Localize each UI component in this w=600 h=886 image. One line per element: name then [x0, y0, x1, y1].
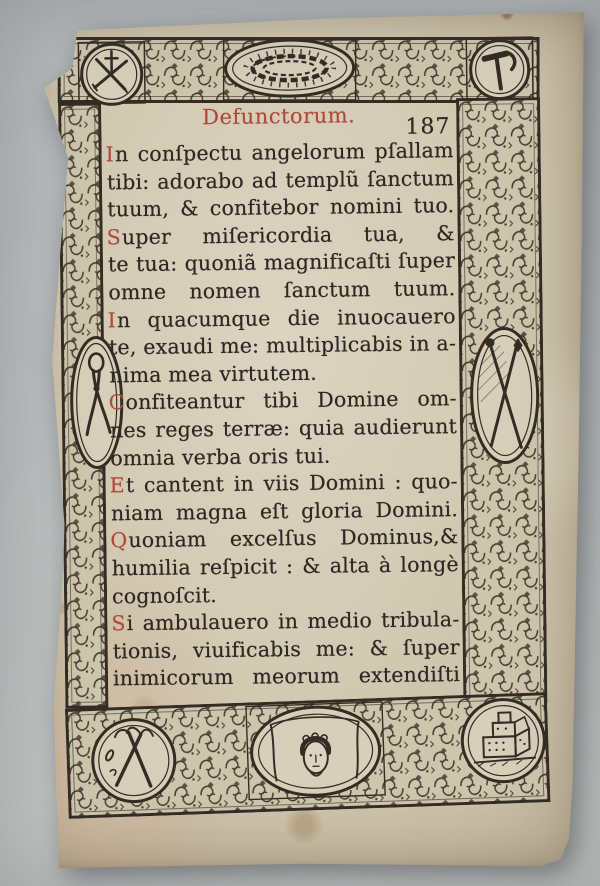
text-column: Defunctorum. 187 In conſpectu angelorum …	[101, 98, 463, 708]
crown-of-thorns-medallion	[219, 35, 360, 101]
text-line: In conſpectu angelorum pſallam	[106, 137, 454, 169]
text-line: tibi: adorabo ad templũ ſanctum	[106, 165, 454, 197]
text-line: tionis, viuificabis me: & ſuper irã	[112, 634, 460, 666]
woodcut-border-frame: Defunctorum. 187 In conſpectu angelorum …	[57, 31, 549, 819]
text-line: te, exaudi me: multiplicabis in a-	[108, 330, 456, 362]
line-text: uper miſericordia tua, & verita-	[107, 221, 455, 252]
line-text: omne nomen ſanctum tuum.	[108, 276, 455, 304]
line-text: omnia verba oris tui.	[110, 443, 330, 470]
line-text: humilia reſpicit : & alta à longè	[112, 552, 459, 580]
psalm-text: In conſpectu angelorum pſallam tibi: ado…	[106, 137, 461, 693]
text-line: Si ambulauero in medio tribula-	[111, 606, 459, 638]
text-line: Quoniam excelſus Dominus,&	[110, 523, 458, 555]
leaf-shadow: Defunctorum. 187 In conſpectu angelorum …	[0, 0, 600, 886]
text-line: omne nomen ſanctum tuum.	[107, 275, 455, 307]
bottom-border-strip	[65, 692, 551, 819]
crossed-nails-medallion	[76, 39, 147, 110]
line-text: onfiteantur tibi Domine om-	[125, 386, 456, 414]
rubric-initial: E	[110, 473, 126, 497]
line-text: tuum, & confitebor nomini tuo.	[107, 193, 454, 221]
text-line: humilia reſpicit : & alta à longè	[111, 551, 459, 583]
fortress-medallion	[457, 694, 550, 787]
hammer-medallion	[464, 34, 535, 105]
line-text: i ambulauero in medio tribula-	[127, 607, 460, 635]
line-text: t cantent in viis Domini : quo-	[126, 469, 458, 497]
veronica-veil-medallion	[246, 702, 385, 801]
page-number: 187	[405, 114, 450, 140]
line-text: n conſpectu angelorum pſallam	[115, 138, 454, 166]
rubric-initial: S	[107, 225, 123, 249]
line-text: cognoſcit.	[112, 583, 217, 608]
text-line: Super miſericordia tua, & verita-	[107, 220, 455, 252]
text-line: omnia verba oris tui.	[109, 441, 457, 473]
text-line: nima mea virtutem.	[108, 358, 456, 390]
text-line: Et cantent in viis Domini : quo-	[110, 468, 458, 500]
line-text: te, exaudi me: multiplicabis in a-	[109, 331, 456, 359]
text-line: te tua: quoniã magnificaſti ſuper	[107, 248, 455, 280]
scourges-medallion	[87, 712, 180, 809]
line-text: nes reges terræ: quia audierunt	[110, 414, 457, 442]
manuscript-leaf: Defunctorum. 187 In conſpectu angelorum …	[24, 8, 586, 868]
text-line: Confiteantur tibi Domine om-	[109, 385, 457, 417]
rubric-initial: S	[111, 611, 127, 635]
text-line: tuum, & confitebor nomini tuo.	[106, 192, 454, 224]
line-text: niam magna eſt gloria Domini.	[111, 497, 458, 525]
rubric-initial: Q	[110, 528, 128, 552]
line-text: n quacumque die inuocauero	[117, 304, 456, 332]
line-text: tibi: adorabo ad templũ ſanctum	[107, 166, 454, 194]
line-text: uoniam excelſus Dominus,&	[128, 524, 458, 552]
text-line: cognoſcit.	[111, 579, 459, 611]
lance-and-sponge-medallion	[468, 325, 542, 466]
text-line: inimicorum meorum extendiſti	[112, 661, 460, 693]
text-line: In quacumque die inuocauero	[108, 303, 456, 335]
line-text: te tua: quoniã magnificaſti ſuper	[108, 249, 455, 277]
text-line: nes reges terræ: quia audierunt	[109, 413, 457, 445]
line-text: tionis, viuificabis me: & ſuper irã	[112, 635, 460, 666]
text-line: niam magna eſt gloria Domini.	[110, 496, 458, 528]
line-text: inimicorum meorum extendiſti	[113, 662, 460, 690]
page-title: Defunctorum.	[101, 102, 456, 130]
photograph-background: Defunctorum. 187 In conſpectu angelorum …	[0, 0, 600, 886]
rubric-initial: C	[109, 391, 126, 415]
line-text: nima mea virtutem.	[109, 361, 317, 388]
